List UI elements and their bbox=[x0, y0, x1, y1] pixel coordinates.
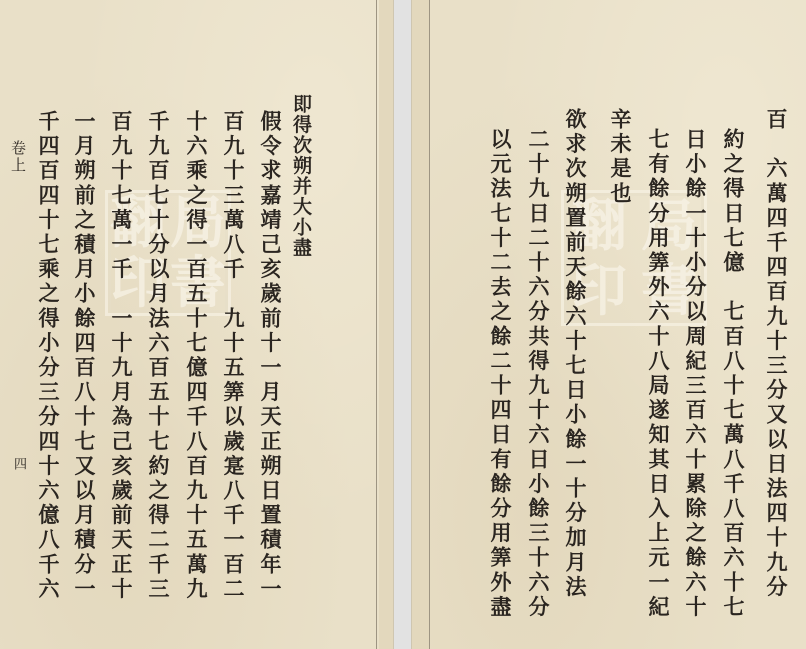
text-column: 約之得日七億 七百八十七萬八千八百六十七 bbox=[721, 128, 745, 620]
text-column: 百九十七萬一千 一十九月為己亥歲前天正十 bbox=[109, 110, 133, 602]
page-number: 四 bbox=[6, 457, 30, 472]
text-column: 以元法七十二去之餘二十四日有餘分用筭外盡 bbox=[488, 128, 512, 620]
volume-label: 卷上 bbox=[6, 140, 30, 174]
text-column: 千四百四十七乘之得小分三分四十六億八千六 bbox=[36, 110, 60, 602]
text-column: 十六乘之得一百五十七億四千八百九十五萬九 bbox=[184, 110, 208, 602]
text-column: 假令求嘉靖己亥歲前十一月天正朔日置積年一 bbox=[258, 110, 282, 602]
text-column: 百九十三萬八千 九十五筭以歲寔八千一百二 bbox=[221, 110, 245, 602]
text-column: 欲求次朔置前天餘六十七日小餘一十分加月法 bbox=[563, 108, 587, 600]
text-column: 日小餘一十小分以周紀三百六十累除之餘六十 bbox=[683, 128, 707, 620]
text-column: 百 六萬四千四百九十三分又以日法四十九分 bbox=[764, 108, 788, 600]
binding-strip bbox=[411, 0, 429, 649]
binding-strip bbox=[379, 0, 394, 649]
text-column: 千九百七十分以月法六百五十七約之得二千三 bbox=[146, 110, 170, 602]
right-page: 翻 局 印 書 百 六萬四千四百九十三分又以日法四十九分 約之得日七億 七百八十… bbox=[411, 0, 806, 649]
text-column: 辛未是也 bbox=[608, 108, 632, 206]
page-edge-rule bbox=[411, 0, 412, 649]
left-page: 翻 局 印 書 即得次朔并大小盡 假令求嘉靖己亥歲前十一月天正朔日置積年一 百九… bbox=[0, 0, 394, 649]
text-column: 二十九日二十六分共得九十六日小餘三十六分 bbox=[526, 128, 550, 620]
section-heading: 即得次朔并大小盡 bbox=[289, 94, 313, 258]
page-edge-rule bbox=[376, 0, 377, 649]
text-column: 七有餘分用筭外六十八局遂知其日入上元一紀 bbox=[646, 128, 670, 620]
page-edge-rule bbox=[429, 0, 430, 649]
page-edge-rule bbox=[393, 0, 394, 649]
text-column: 一月朔前之積月小餘四百八十七又以月積分一 bbox=[72, 110, 96, 602]
